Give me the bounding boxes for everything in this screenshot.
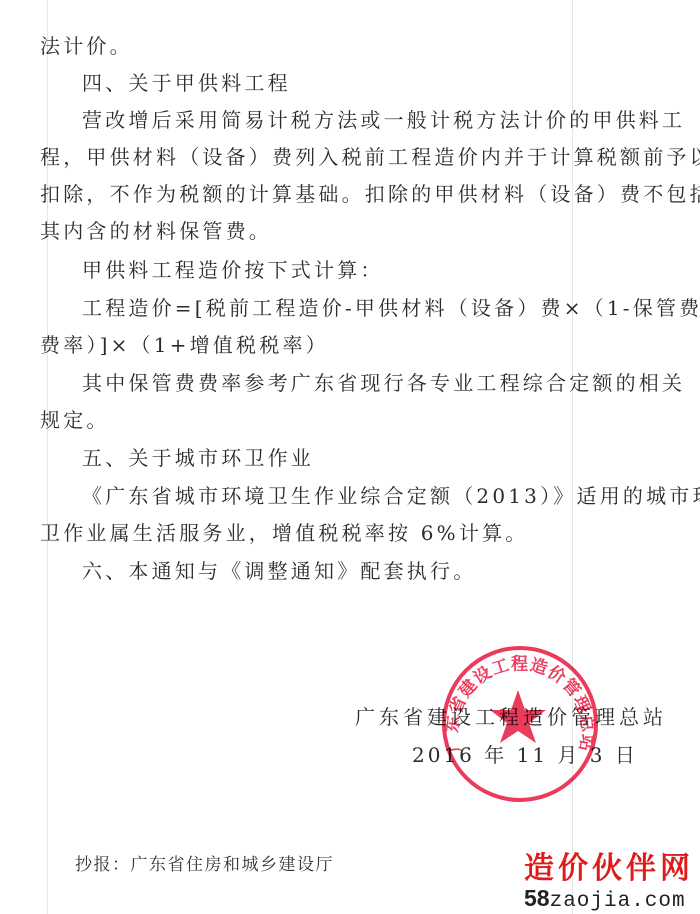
paragraph-line: 营改增后采用简易计税方法或一般计税方法计价的甲供料工 [82,108,685,132]
paragraph-line: 《广东省城市环境卫生作业综合定额（2013）》适用的城市环 [82,484,700,508]
section-heading-5: 五、关于城市环卫作业 [82,446,314,470]
cc-recipient: 抄报：广东省住房和城乡建设厅 [75,850,334,875]
watermark-chinese: 造价伙伴网 [524,852,694,886]
section-heading-4: 四、关于甲供料工程 [82,71,291,95]
section-heading-6: 六、本通知与《调整通知》配套执行。 [82,559,476,583]
paragraph-line: 法计价。 [40,34,133,58]
paragraph-line: 程，甲供材料（设备）费列入税前工程造价内并于计算税额前予以 [40,145,700,169]
watermark-url-suffix: zaojia.com [550,890,686,913]
paragraph-line: 扣除，不作为税额的计算基础。扣除的甲供材料（设备）费不包括 [40,182,700,206]
formula-line: 工程造价=[税前工程造价-甲供材料（设备）费×（1-保管费 [82,296,700,320]
official-seal-stamp: 广东省建设工程造价管理总站 [440,644,600,804]
left-margin-line [47,0,48,914]
paragraph-line: 甲供料工程造价按下式计算： [82,258,384,282]
star-icon [490,690,546,743]
paragraph-line: 其中保管费费率参考广东省现行各专业工程综合定额的相关 [82,371,685,395]
paragraph-line: 规定。 [40,408,110,432]
watermark-url: 58zaojia.com [524,886,686,914]
formula-line: 费率）]×（1+增值税税率） [40,333,329,357]
paragraph-line: 卫作业属生活服务业，增值税税率按 6%计算。 [40,521,529,545]
paragraph-line: 其内含的材料保管费。 [40,219,272,243]
watermark-url-prefix: 58 [524,885,550,911]
